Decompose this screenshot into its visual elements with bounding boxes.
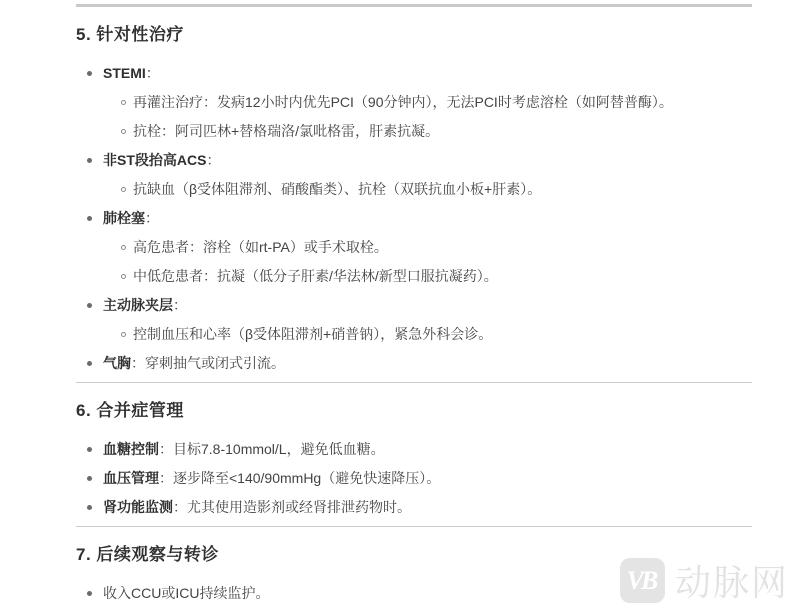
item-text: ： bbox=[206, 152, 220, 168]
item-text: ： bbox=[146, 65, 160, 81]
watermark-brand: 动脉网 bbox=[675, 555, 789, 606]
disc-bullet-icon bbox=[87, 216, 92, 221]
disc-bullet-icon bbox=[87, 591, 92, 596]
item-text: 收入CCU或ICU持续监护。 bbox=[103, 585, 269, 601]
item-text: 再灌注治疗：发病12小时内优先PCI（90分钟内），无法PCI时考虑溶栓（如阿替… bbox=[133, 94, 673, 110]
list-item: 抗栓：阿司匹林+替格瑞洛/氯吡格雷，肝素抗凝。 bbox=[76, 121, 752, 142]
list-item: 肾功能监测：尤其使用造影剂或经肾排泄药物时。 bbox=[76, 497, 752, 518]
item-term: 血压管理 bbox=[103, 470, 159, 486]
list-item: 非ST段抬高ACS： bbox=[76, 150, 752, 171]
item-text: ： bbox=[145, 210, 159, 226]
circle-bullet-icon bbox=[121, 129, 126, 134]
list-item: STEMI： bbox=[76, 63, 752, 84]
item-text: ：尤其使用造影剂或经肾排泄药物时。 bbox=[173, 499, 411, 515]
list-item: 再灌注治疗：发病12小时内优先PCI（90分钟内），无法PCI时考虑溶栓（如阿替… bbox=[76, 92, 752, 113]
disc-bullet-icon bbox=[87, 447, 92, 452]
page-content: 5. 针对性治疗 STEMI： 再灌注治疗：发病12小时内优先PCI（90分钟内… bbox=[76, 4, 752, 604]
circle-bullet-icon bbox=[121, 245, 126, 250]
item-term: 肾功能监测 bbox=[103, 499, 173, 515]
vb-logo-text: VB bbox=[627, 566, 659, 596]
circle-bullet-icon bbox=[121, 332, 126, 337]
list-item: 血压管理：逐步降至<140/90mmHg（避免快速降压）。 bbox=[76, 468, 752, 489]
list-item: 高危患者：溶栓（如rt-PA）或手术取栓。 bbox=[76, 237, 752, 258]
item-text: 高危患者：溶栓（如rt-PA）或手术取栓。 bbox=[133, 239, 388, 255]
section-5-heading: 5. 针对性治疗 bbox=[76, 25, 752, 45]
item-text: ：逐步降至<140/90mmHg（避免快速降压）。 bbox=[159, 470, 440, 486]
document: 5. 针对性治疗 STEMI： 再灌注治疗：发病12小时内优先PCI（90分钟内… bbox=[0, 0, 800, 614]
list-item: 气胸：穿刺抽气或闭式引流。 bbox=[76, 353, 752, 374]
list-item: 肺栓塞： bbox=[76, 208, 752, 229]
item-term: 血糖控制 bbox=[103, 441, 159, 457]
section-targeted-treatment: 5. 针对性治疗 STEMI： 再灌注治疗：发病12小时内优先PCI（90分钟内… bbox=[76, 25, 752, 374]
section-comorbidity-management: 6. 合并症管理 血糖控制：目标7.8-10mmol/L，避免低血糖。 血压管理… bbox=[76, 401, 752, 518]
vb-logo-icon: VB bbox=[620, 558, 665, 603]
item-text: ： bbox=[173, 297, 187, 313]
list-item: 中低危患者：抗凝（低分子肝素/华法林/新型口服抗凝药）。 bbox=[76, 266, 752, 287]
item-text: ：穿刺抽气或闭式引流。 bbox=[131, 355, 285, 371]
list-item: 抗缺血（β受体阻滞剂、硝酸酯类）、抗栓（双联抗血小板+肝素）。 bbox=[76, 179, 752, 200]
item-text: 抗缺血（β受体阻滞剂、硝酸酯类）、抗栓（双联抗血小板+肝素）。 bbox=[133, 181, 541, 197]
section-divider bbox=[76, 4, 752, 7]
item-text: ：目标7.8-10mmol/L，避免低血糖。 bbox=[159, 441, 385, 457]
item-term: STEMI bbox=[103, 65, 146, 81]
item-term: 气胸 bbox=[103, 355, 131, 371]
item-text: 控制血压和心率（β受体阻滞剂+硝普钠），紧急外科会诊。 bbox=[133, 326, 492, 342]
section-divider bbox=[76, 526, 752, 527]
section-6-heading: 6. 合并症管理 bbox=[76, 401, 752, 421]
section-5-list: STEMI： 再灌注治疗：发病12小时内优先PCI（90分钟内），无法PCI时考… bbox=[76, 63, 752, 374]
list-item: 主动脉夹层： bbox=[76, 295, 752, 316]
item-text: 中低危患者：抗凝（低分子肝素/华法林/新型口服抗凝药）。 bbox=[133, 268, 498, 284]
circle-bullet-icon bbox=[121, 187, 126, 192]
item-term: 非ST段抬高ACS bbox=[103, 152, 206, 168]
list-item: 血糖控制：目标7.8-10mmol/L，避免低血糖。 bbox=[76, 439, 752, 460]
circle-bullet-icon bbox=[121, 100, 126, 105]
item-term: 肺栓塞 bbox=[103, 210, 145, 226]
watermark: VB 动脉网 bbox=[620, 555, 789, 606]
disc-bullet-icon bbox=[87, 303, 92, 308]
disc-bullet-icon bbox=[87, 361, 92, 366]
section-divider bbox=[76, 382, 752, 383]
disc-bullet-icon bbox=[87, 476, 92, 481]
item-text: 抗栓：阿司匹林+替格瑞洛/氯吡格雷，肝素抗凝。 bbox=[133, 123, 439, 139]
list-item: 控制血压和心率（β受体阻滞剂+硝普钠），紧急外科会诊。 bbox=[76, 324, 752, 345]
disc-bullet-icon bbox=[87, 505, 92, 510]
disc-bullet-icon bbox=[87, 158, 92, 163]
section-6-list: 血糖控制：目标7.8-10mmol/L，避免低血糖。 血压管理：逐步降至<140… bbox=[76, 439, 752, 518]
disc-bullet-icon bbox=[87, 71, 92, 76]
item-term: 主动脉夹层 bbox=[103, 297, 173, 313]
circle-bullet-icon bbox=[121, 274, 126, 279]
